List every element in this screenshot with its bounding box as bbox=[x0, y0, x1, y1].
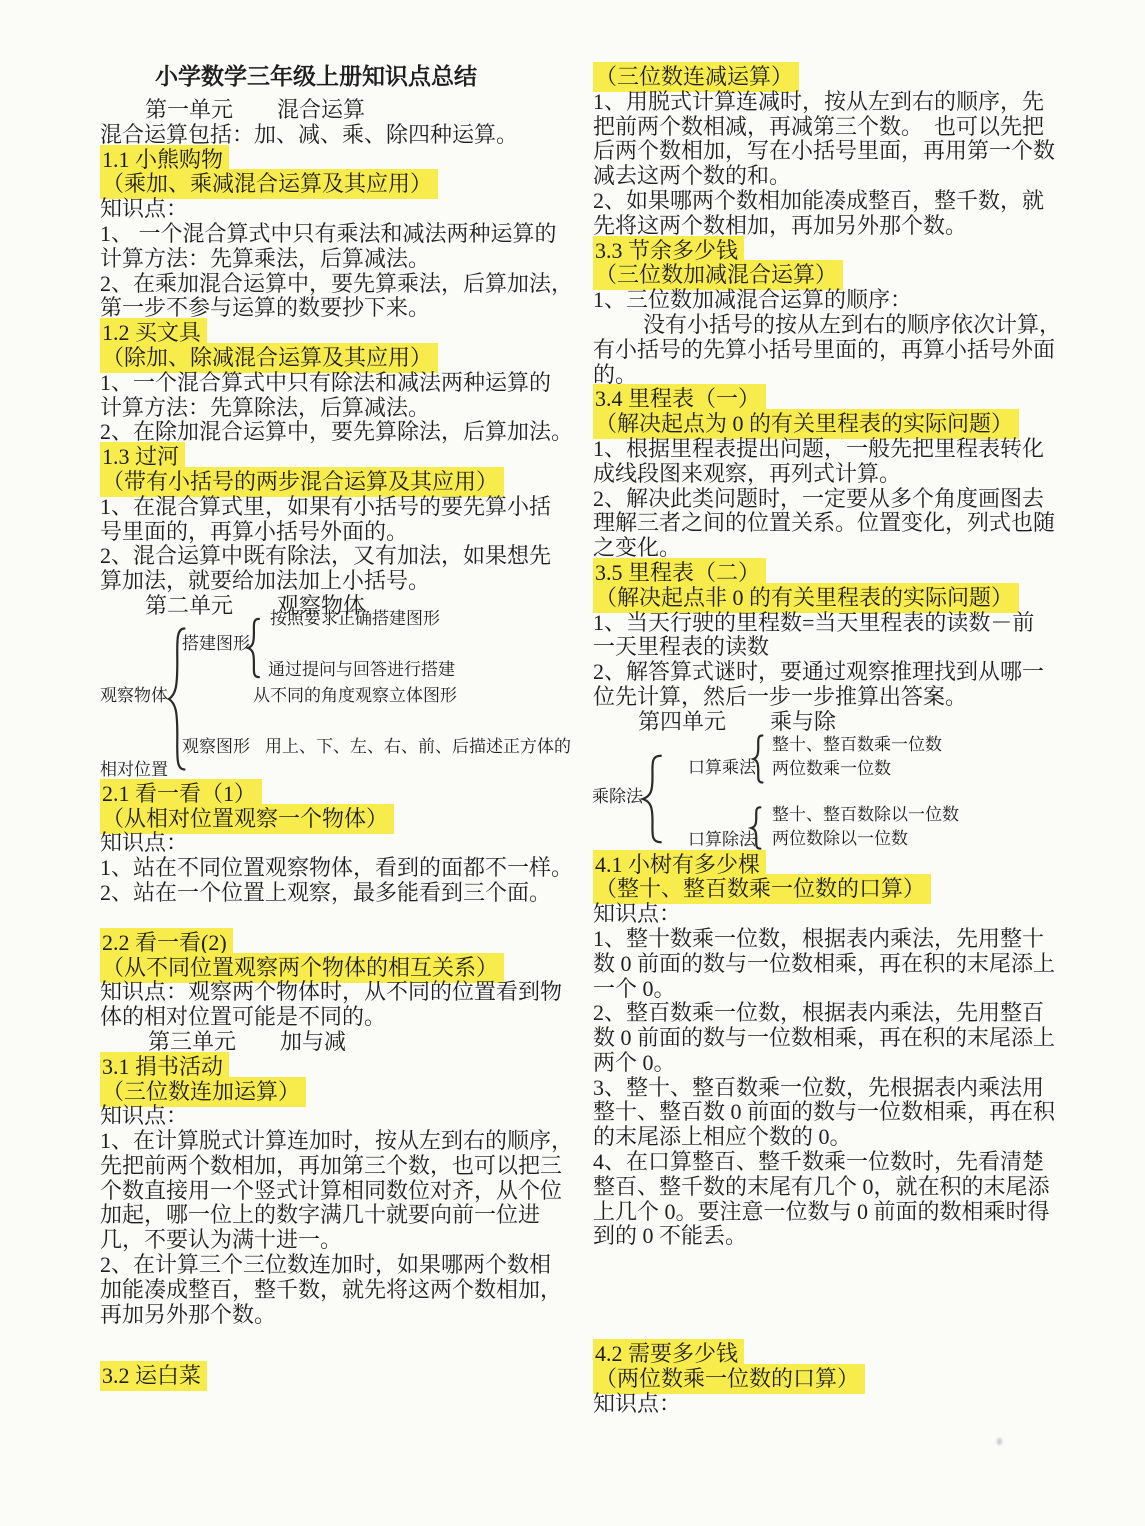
text-line: 整十、整百数 0 前面的数与一位数相乘，再在积 bbox=[593, 1099, 1055, 1124]
text-line: 1、在计算脱式计算连加时，按从左到右的顺序， bbox=[100, 1128, 573, 1153]
text-line-row: 算加法，就要给加法加上小括号。 bbox=[100, 569, 572, 594]
text-line: 2、解答算式谜时，要通过观察推理找到从哪一 bbox=[593, 659, 1044, 684]
unit4-map-b2-child2-label: 两位数除以一位数 bbox=[772, 829, 908, 849]
text-line-row: 几，不要认为满十进一。 bbox=[100, 1228, 572, 1253]
text-line: 的。 bbox=[593, 362, 637, 387]
text-line: 1、用脱式计算连减时，按从左到右的顺序，先 bbox=[593, 89, 1044, 114]
text-line: 计算方法：先算除法，后算减法。 bbox=[100, 395, 430, 420]
text-line: 后两个数相加，写在小括号里面，再用第一个数 bbox=[593, 138, 1055, 163]
text-line-row: 3.5 里程表（二） bbox=[593, 561, 1065, 586]
text-line-row: 把前两个数相减，再减第三个数。 也可以先把 bbox=[593, 115, 1065, 140]
text-line-row: 加能凑成整百，整千数，就先将这两个数相加， bbox=[100, 1278, 572, 1303]
text-line-row: 成线段图来观察，再列式计算。 bbox=[593, 462, 1065, 487]
text-line: 一个 0。 bbox=[593, 976, 676, 1001]
text-line: 1、根据里程表提出问题，一般先把里程表转化 bbox=[593, 436, 1044, 461]
text-line: 算加法，就要给加法加上小括号。 bbox=[100, 568, 430, 593]
text-line-row: 2、解决此类问题时，一定要从多个角度画图去 bbox=[593, 487, 1065, 512]
text-line-row: 3.2 运白菜 bbox=[100, 1364, 572, 1389]
text-line-row: 个数直接用一个竖式计算相同数位对齐，从个位 bbox=[100, 1179, 572, 1204]
text-line: 2、在计算三个三位数连加时，如果哪两个数相 bbox=[100, 1252, 551, 1277]
text-line-row: 2.1 看一看（1） bbox=[100, 782, 572, 807]
unit4-map-branch2-label: 口算除法 bbox=[688, 830, 756, 850]
text-line-row: 知识点： bbox=[100, 197, 572, 222]
text-line: 2、在乘加混合运算中，要先算乘法，后算加法， bbox=[100, 271, 573, 296]
text-line-row: 1、当天行驶的里程数=当天里程表的读数－前 bbox=[593, 611, 1065, 636]
text-line: 2、混合运算中既有除法，又有加法，如果想先 bbox=[100, 543, 551, 568]
text-line-row: 到的 0 不能丢。 bbox=[593, 1224, 1065, 1249]
text-line: 2、如果哪两个数相加能凑成整百，整千数，就 bbox=[593, 188, 1044, 213]
text-line-row: （带有小括号的两步混合运算及其应用） bbox=[100, 470, 572, 495]
text-line: 没有小括号的按从左到右的顺序依次计算， bbox=[643, 312, 1061, 337]
text-line: 到的 0 不能丢。 bbox=[593, 1223, 747, 1248]
text-line-row: 两个 0。 bbox=[593, 1051, 1065, 1076]
text-line: 2、站在一个位置上观察，最多能看到三个面。 bbox=[100, 880, 551, 905]
text-line: 知识点：观察两个物体时，从不同的位置看到物 bbox=[100, 979, 562, 1004]
unit4-map-b2-child1-label: 整十、整百数除以一位数 bbox=[772, 805, 959, 825]
unit2-map-branch2-desc-cont: 相对位置 bbox=[100, 760, 168, 780]
text-line-row: 1、 一个混合算式中只有乘法和减法两种运算的 bbox=[100, 222, 572, 247]
text-line-row: 一天里程表的读数 bbox=[593, 635, 1065, 660]
highlighted-heading: （三位数连加运算） bbox=[100, 1077, 306, 1107]
unit2-map-child1-label: 按照要求正确搭建图形 bbox=[270, 609, 440, 629]
text-line-row: 一个 0。 bbox=[593, 977, 1065, 1002]
text-line-row: 混合运算包括：加、减、乘、除四种运算。 bbox=[100, 123, 572, 148]
text-line-row: 3、整十、整百数乘一位数，先根据表内乘法用 bbox=[593, 1076, 1065, 1101]
highlighted-heading: （带有小括号的两步混合运算及其应用） bbox=[100, 467, 504, 497]
text-line-row: 2、解答算式谜时，要通过观察推理找到从哪一 bbox=[593, 660, 1065, 685]
text-line-row: 2、站在一个位置上观察，最多能看到三个面。 bbox=[100, 881, 572, 906]
highlighted-heading: 3.2 运白菜 bbox=[100, 1361, 207, 1391]
curly-brace-icon bbox=[636, 753, 666, 845]
text-line: 整百、整千数的末尾有几个 0，就在积的末尾添 bbox=[593, 1174, 1050, 1199]
unit4-map-b1-child1-label: 整十、整百数乘一位数 bbox=[772, 735, 942, 755]
text-line-row: 后两个数相加，写在小括号里面，再用第一个数 bbox=[593, 139, 1065, 164]
text-line: 1、三位数加减混合运算的顺序： bbox=[593, 287, 912, 312]
highlighted-heading: （三位数加减混合运算） bbox=[593, 260, 843, 290]
text-line-row: （两位数乘一位数的口算） bbox=[593, 1367, 1065, 1392]
unit2-map-branch2-desc: 用上、下、左、右、前、后描述正方体的 bbox=[265, 737, 571, 757]
text-line: 1、一个混合算式中只有除法和减法两种运算的 bbox=[100, 370, 551, 395]
text-line-row: （三位数连减运算） bbox=[593, 65, 1065, 90]
highlighted-heading: （从不同位置观察两个物体的相互关系） bbox=[100, 953, 504, 983]
unit4-map-branch1-label: 口算乘法 bbox=[688, 758, 756, 778]
highlighted-heading: （解决起点非 0 的有关里程表的实际问题） bbox=[593, 583, 1019, 613]
text-line-row: 先将这两个数相加，再加另外那个数。 bbox=[593, 214, 1065, 239]
text-line: 先把前两个数相加，再加第三个数，也可以把三 bbox=[100, 1153, 562, 1178]
text-line-row: 没有小括号的按从左到右的顺序依次计算， bbox=[593, 313, 1065, 338]
text-line: 2、在除加混合运算中，要先算除法，后算加法。 bbox=[100, 419, 573, 444]
curly-brace-icon bbox=[748, 806, 763, 850]
text-line-row: 3.1 捐书活动 bbox=[100, 1055, 572, 1080]
text-line: 几，不要认为满十进一。 bbox=[100, 1227, 342, 1252]
text-line-row: 1、站在不同位置观察物体，看到的面都不一样。 bbox=[100, 856, 572, 881]
text-line-row: 理解三者之间的位置关系。位置变化，列式也随 bbox=[593, 511, 1065, 536]
text-line-row: 知识点： bbox=[100, 831, 572, 856]
text-line: 1、站在不同位置观察物体，看到的面都不一样。 bbox=[100, 855, 573, 880]
text-line: 两个 0。 bbox=[593, 1050, 676, 1075]
text-line-row: 1、根据里程表提出问题，一般先把里程表转化 bbox=[593, 437, 1065, 462]
text-line-row: 1、用脱式计算连减时，按从左到右的顺序，先 bbox=[593, 90, 1065, 115]
text-line-row: （解决起点为 0 的有关里程表的实际问题） bbox=[593, 412, 1065, 437]
text-line: 小学数学三年级上册知识点总结 bbox=[155, 64, 477, 89]
text-line-row: 加起，哪一位上的数字满几十就要向前一位进 bbox=[100, 1203, 572, 1228]
text-line: 把前两个数相减，再减第三个数。 也可以先把 bbox=[593, 114, 1044, 139]
text-line-row: （三位数连加运算） bbox=[100, 1080, 572, 1105]
text-line-row: 2、在乘加混合运算中，要先算乘法，后算加法， bbox=[100, 272, 572, 297]
text-line-row: 知识点： bbox=[100, 1104, 572, 1129]
text-line: 成线段图来观察，再列式计算。 bbox=[593, 461, 901, 486]
unit2-map-middle-child-label: 从不同的角度观察立体图形 bbox=[253, 686, 457, 706]
text-line-row: 数 0 前面的数与一位数相乘，再在积的末尾添上 bbox=[593, 952, 1065, 977]
text-line: 混合运算包括：加、减、乘、除四种运算。 bbox=[100, 122, 518, 147]
text-line-row: （从相对位置观察一个物体） bbox=[100, 807, 572, 832]
text-line: 个数直接用一个竖式计算相同数位对齐，从个位 bbox=[100, 1178, 562, 1203]
text-line-row: 再加另外那个数。 bbox=[100, 1303, 572, 1328]
unit4-map-b1-child2-label: 两位数乘一位数 bbox=[772, 759, 891, 779]
text-line-row: 的末尾添上相应个数的 0。 bbox=[593, 1125, 1065, 1150]
text-line-row: （解决起点非 0 的有关里程表的实际问题） bbox=[593, 586, 1065, 611]
text-line-row: （整十、整百数乘一位数的口算） bbox=[593, 877, 1065, 902]
text-line: 有小括号的先算小括号里面的，再算小括号外面 bbox=[593, 337, 1055, 362]
text-line-row: 1、一个混合算式中只有除法和减法两种运算的 bbox=[100, 371, 572, 396]
text-line: 上几个 0。要注意一位数与 0 前面的数相乘时得 bbox=[593, 1199, 1050, 1224]
highlighted-heading: （从相对位置观察一个物体） bbox=[100, 804, 394, 834]
unit2-map-root-label: 观察物体 bbox=[100, 686, 168, 706]
text-line: 数 0 前面的数与一位数相乘，再在积的末尾添上 bbox=[593, 951, 1055, 976]
text-line: 第一步不参与运算的数要抄下来。 bbox=[100, 295, 430, 320]
text-line-row: （除加、除减混合运算及其应用） bbox=[100, 346, 572, 371]
text-line: 4、在口算整百、整千数乘一位数时，先看清楚 bbox=[593, 1149, 1044, 1174]
unit2-map-branch2-label: 观察图形 bbox=[182, 737, 250, 757]
text-line-row: 位先计算，然后一步一步推算出答案。 bbox=[593, 685, 1065, 710]
text-line-row: 有小括号的先算小括号里面的，再算小括号外面 bbox=[593, 338, 1065, 363]
text-line: 加能凑成整百，整千数，就先将这两个数相加， bbox=[100, 1277, 562, 1302]
text-line-row: 计算方法：先算除法，后算减法。 bbox=[100, 396, 572, 421]
text-line: 1、 一个混合算式中只有乘法和减法两种运算的 bbox=[100, 221, 557, 246]
text-line: 一天里程表的读数 bbox=[593, 634, 769, 659]
text-line-row: 1、在混合算式里，如果有小括号的要先算小括 bbox=[100, 495, 572, 520]
text-line-row: 小学数学三年级上册知识点总结 bbox=[100, 65, 572, 98]
unit2-map-branch1-label: 搭建图形 bbox=[182, 634, 250, 654]
text-line: 1、在混合算式里，如果有小括号的要先算小括 bbox=[100, 494, 551, 519]
text-line: 知识点： bbox=[593, 1391, 681, 1416]
text-line-row: 4、在口算整百、整千数乘一位数时，先看清楚 bbox=[593, 1150, 1065, 1175]
text-line-row: 2、混合运算中既有除法，又有加法，如果想先 bbox=[100, 544, 572, 569]
scan-speck bbox=[997, 1438, 1002, 1445]
text-line-row: 上几个 0。要注意一位数与 0 前面的数相乘时得 bbox=[593, 1200, 1065, 1225]
text-line-row: 1、三位数加减混合运算的顺序： bbox=[593, 288, 1065, 313]
text-line-row: （从不同位置观察两个物体的相互关系） bbox=[100, 956, 572, 981]
text-line: 2、整百数乘一位数，根据表内乘法，先用整百 bbox=[593, 1000, 1044, 1025]
text-line-row: 整十、整百数 0 前面的数与一位数相乘，再在积 bbox=[593, 1100, 1065, 1125]
text-line: 理解三者之间的位置关系。位置变化，列式也随 bbox=[593, 510, 1055, 535]
text-line-row: （乘加、乘减混合运算及其应用） bbox=[100, 172, 572, 197]
text-line: 3、整十、整百数乘一位数，先根据表内乘法用 bbox=[593, 1075, 1044, 1100]
text-line-row: 2、如果哪两个数相加能凑成整百，整千数，就 bbox=[593, 189, 1065, 214]
text-line: 数 0 前面的数与一位数相乘，再在积的末尾添上 bbox=[593, 1025, 1055, 1050]
text-line: 计算方法：先算乘法，后算减法。 bbox=[100, 246, 430, 271]
text-line: 知识点： bbox=[100, 1103, 188, 1128]
text-line: 第一单元 混合运算 bbox=[145, 97, 365, 122]
text-line-row: 整百、整千数的末尾有几个 0，就在积的末尾添 bbox=[593, 1175, 1065, 1200]
text-line-row: 第三单元 加与减 bbox=[100, 1030, 572, 1055]
text-line: 的末尾添上相应个数的 0。 bbox=[593, 1124, 852, 1149]
curly-brace-icon bbox=[244, 617, 262, 679]
unit4-mind-map: 乘除法 口算乘法 整十、整百数乘一位数 两位数乘一位数 口算除法 整十、整百数除… bbox=[590, 725, 1062, 855]
unit2-mind-map: 观察物体 搭建图形 按照要求正确搭建图形 通过提问与回答进行搭建 从不同的角度观… bbox=[100, 600, 572, 785]
highlighted-heading: （三位数连减运算） bbox=[593, 62, 799, 92]
text-line: 位先计算，然后一步一步推算出答案。 bbox=[593, 684, 967, 709]
text-line: 减去这两个数的和。 bbox=[593, 163, 791, 188]
text-line: 再加另外那个数。 bbox=[100, 1302, 276, 1327]
text-line: 号里面的，再算小括号外面的。 bbox=[100, 519, 408, 544]
text-line: 先将这两个数相加，再加另外那个数。 bbox=[593, 213, 967, 238]
text-line-row: 2.2 看一看(2) bbox=[100, 931, 572, 956]
text-line: 1、整十数乘一位数，根据表内乘法，先用整十 bbox=[593, 926, 1044, 951]
text-line-row: 号里面的，再算小括号外面的。 bbox=[100, 520, 572, 545]
highlighted-heading: （两位数乘一位数的口算） bbox=[593, 1364, 865, 1394]
text-line-row: 减去这两个数的和。 bbox=[593, 164, 1065, 189]
text-line-row: 知识点： bbox=[593, 902, 1065, 927]
text-line: 加起，哪一位上的数字满几十就要向前一位进 bbox=[100, 1202, 540, 1227]
text-line-row: 第一单元 混合运算 bbox=[100, 98, 572, 123]
text-line: 体的相对位置可能是不同的。 bbox=[100, 1004, 386, 1029]
text-line-row: 先把前两个数相加，再加第三个数，也可以把三 bbox=[100, 1154, 572, 1179]
text-line-row: 1、整十数乘一位数，根据表内乘法，先用整十 bbox=[593, 927, 1065, 952]
highlighted-heading: （解决起点为 0 的有关里程表的实际问题） bbox=[593, 409, 1019, 439]
text-line: 第三单元 加与减 bbox=[148, 1029, 346, 1054]
highlighted-heading: （除加、除减混合运算及其应用） bbox=[100, 343, 438, 373]
text-line: 知识点： bbox=[100, 830, 188, 855]
unit2-map-child2-label: 通过提问与回答进行搭建 bbox=[268, 660, 455, 680]
text-line-row: 知识点：观察两个物体时，从不同的位置看到物 bbox=[100, 980, 572, 1005]
highlighted-heading: （乘加、乘减混合运算及其应用） bbox=[100, 169, 438, 199]
text-line-row: 计算方法：先算乘法，后算减法。 bbox=[100, 247, 572, 272]
text-line: 1、当天行驶的里程数=当天里程表的读数－前 bbox=[593, 610, 1034, 635]
text-line-row: 1、在计算脱式计算连加时，按从左到右的顺序， bbox=[100, 1129, 572, 1154]
text-line-row: 数 0 前面的数与一位数相乘，再在积的末尾添上 bbox=[593, 1026, 1065, 1051]
text-line-row: 体的相对位置可能是不同的。 bbox=[100, 1005, 572, 1030]
curly-brace-icon bbox=[750, 734, 765, 784]
text-line: 之变化。 bbox=[593, 535, 681, 560]
text-line-row: 2、整百数乘一位数，根据表内乘法，先用整百 bbox=[593, 1001, 1065, 1026]
scanned-document-page: 小学数学三年级上册知识点总结第一单元 混合运算混合运算包括：加、减、乘、除四种运… bbox=[0, 0, 1145, 1526]
text-line: 知识点： bbox=[100, 196, 188, 221]
highlighted-heading: （整十、整百数乘一位数的口算） bbox=[593, 874, 931, 904]
text-line-row: （三位数加减混合运算） bbox=[593, 263, 1065, 288]
text-line: 2、解决此类问题时，一定要从多个角度画图去 bbox=[593, 486, 1044, 511]
text-line: 知识点： bbox=[593, 901, 681, 926]
text-line-row: 知识点： bbox=[593, 1392, 1065, 1417]
text-line-row: 2、在计算三个三位数连加时，如果哪两个数相 bbox=[100, 1253, 572, 1278]
